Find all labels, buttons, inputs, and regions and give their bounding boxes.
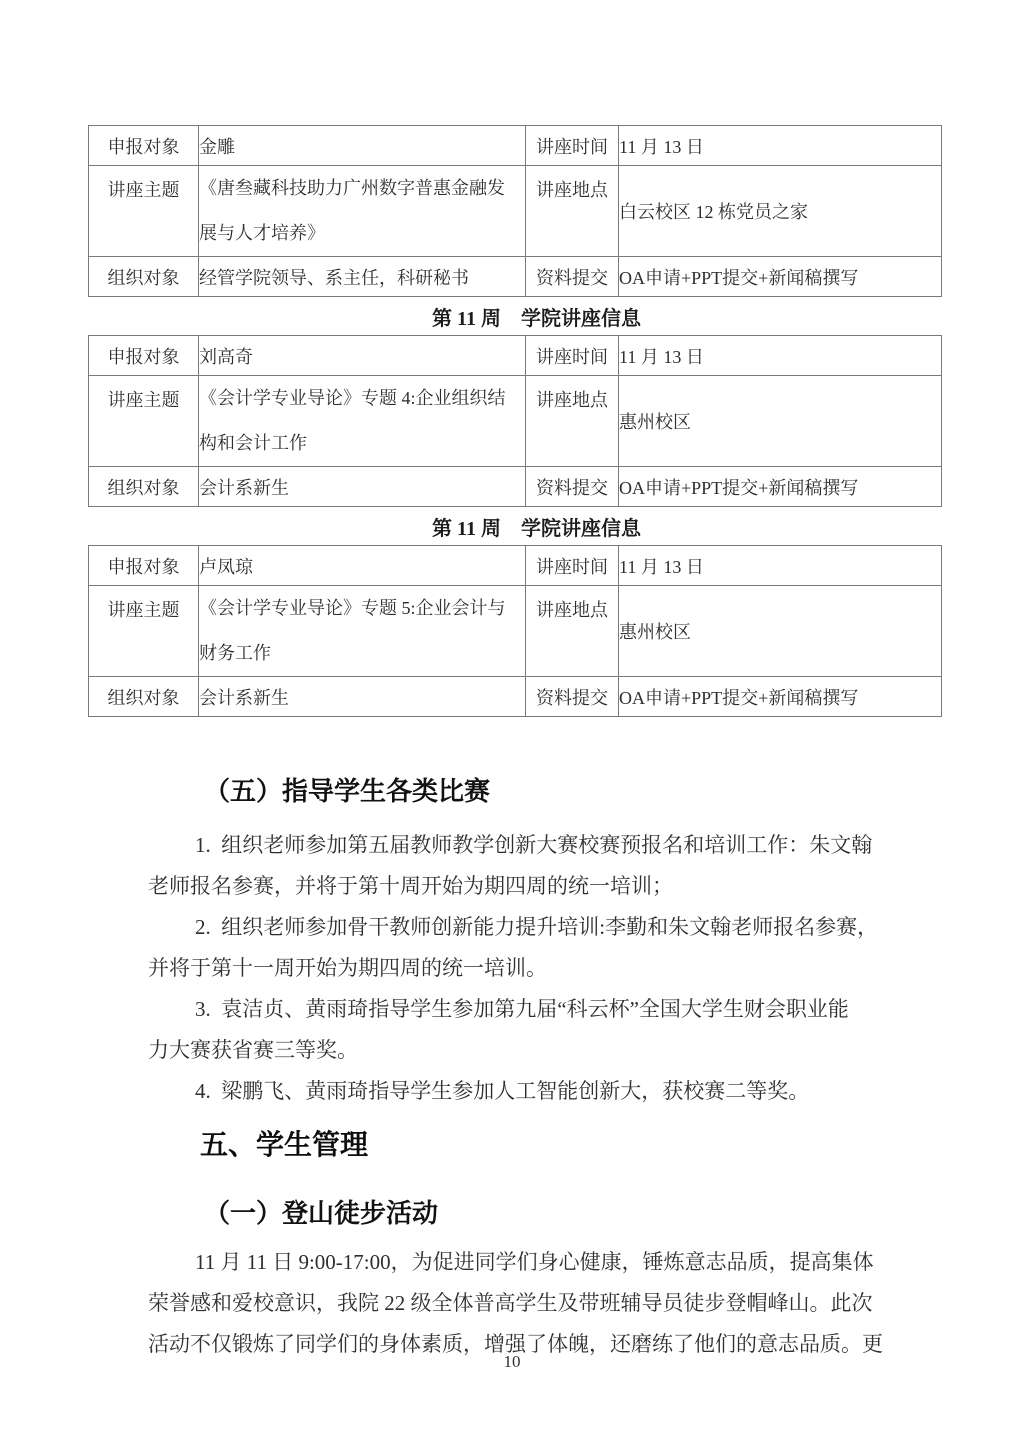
time-value: 11 月 13 日 [619, 546, 942, 586]
table-row: 讲座主题 《唐叁藏科技助力广州数字普惠金融发展与人才培养》 讲座地点 白云校区 … [89, 166, 942, 257]
text-line: 11 月 11 日 9:00-17:00，为促进同学们身心健康，锤炼意志品质，提… [148, 1242, 883, 1283]
topic-label: 讲座主题 [89, 376, 199, 467]
text-line: 老师报名参赛，并将于第十周开始为期四周的统一培训； [148, 866, 883, 907]
place-label: 讲座地点 [526, 376, 619, 467]
table-row: 申报对象 刘高奇 讲座时间 11 月 13 日 [89, 336, 942, 376]
applicant-label: 申报对象 [89, 126, 199, 166]
text-line: 《会计学专业导论》专题 4:企业组织结 [199, 376, 525, 421]
table-row: 组织对象 经管学院领导、系主任，科研秘书 资料提交 OA申请+PPT提交+新闻稿… [89, 257, 942, 297]
applicant-value: 金雕 [199, 126, 526, 166]
text-line: 4. 梁鹏飞、黄雨琦指导学生参加人工智能创新大，获校赛二等奖。 [148, 1071, 883, 1112]
text-line: 并将于第十一周开始为期四周的统一培训。 [148, 948, 883, 989]
topic-value: 《会计学专业导论》专题 5:企业会计与财务工作 [199, 586, 526, 677]
organizer-value: 经管学院领导、系主任，科研秘书 [199, 257, 526, 297]
table-caption: 第 11 周 学院讲座信息 [88, 515, 937, 543]
material-value: OA申请+PPT提交+新闻稿撰写 [619, 257, 942, 297]
applicant-value: 刘高奇 [199, 336, 526, 376]
topic-label: 讲座主题 [89, 586, 199, 677]
competition-item-4: 4. 梁鹏飞、黄雨琦指导学生参加人工智能创新大，获校赛二等奖。 [148, 1071, 883, 1112]
organizer-value: 会计系新生 [199, 467, 526, 507]
hiking-paragraph: 11 月 11 日 9:00-17:00，为促进同学们身心健康，锤炼意志品质，提… [148, 1242, 883, 1365]
time-label: 讲座时间 [526, 336, 619, 376]
place-value: 惠州校区 [619, 376, 942, 467]
document-content: 申报对象 金雕 讲座时间 11 月 13 日 讲座主题 《唐叁藏科技助力广州数字… [88, 125, 937, 1365]
text-line: 力大赛获省赛三等奖。 [148, 1030, 883, 1071]
place-label: 讲座地点 [526, 586, 619, 677]
time-value: 11 月 13 日 [619, 126, 942, 166]
organizer-label: 组织对象 [89, 257, 199, 297]
topic-label: 讲座主题 [89, 166, 199, 257]
document-page: 申报对象 金雕 讲座时间 11 月 13 日 讲座主题 《唐叁藏科技助力广州数字… [0, 0, 1024, 1448]
organizer-label: 组织对象 [89, 677, 199, 717]
time-label: 讲座时间 [526, 126, 619, 166]
organizer-label: 组织对象 [89, 467, 199, 507]
lecture-table-1: 申报对象 金雕 讲座时间 11 月 13 日 讲座主题 《唐叁藏科技助力广州数字… [88, 125, 942, 297]
table-row: 组织对象 会计系新生 资料提交 OA申请+PPT提交+新闻稿撰写 [89, 677, 942, 717]
time-label: 讲座时间 [526, 546, 619, 586]
place-value: 白云校区 12 栋党员之家 [619, 166, 942, 257]
applicant-label: 申报对象 [89, 546, 199, 586]
text-line: 荣誉感和爱校意识，我院 22 级全体普高学生及带班辅导员徒步登帽峰山。此次 [148, 1283, 883, 1324]
heading-student-management: 五、学生管理 [148, 1124, 883, 1166]
topic-value: 《会计学专业导论》专题 4:企业组织结构和会计工作 [199, 376, 526, 467]
heading-competitions: （五）指导学生各类比赛 [148, 773, 883, 809]
competition-item-1: 1. 组织老师参加第五届教师教学创新大赛校赛预报名和培训工作：朱文翰老师报名参赛… [148, 825, 883, 907]
text-line: 2. 组织老师参加骨干教师创新能力提升培训:李勤和朱文翰老师报名参赛， [148, 907, 883, 948]
table-row: 申报对象 卢凤琼 讲座时间 11 月 13 日 [89, 546, 942, 586]
table-caption: 第 11 周 学院讲座信息 [88, 305, 937, 333]
text-line: 1. 组织老师参加第五届教师教学创新大赛校赛预报名和培训工作：朱文翰 [148, 825, 883, 866]
text-line: 3. 袁洁贞、黄雨琦指导学生参加第九届“科云杯”全国大学生财会职业能 [148, 989, 883, 1030]
material-value: OA申请+PPT提交+新闻稿撰写 [619, 467, 942, 507]
material-label: 资料提交 [526, 677, 619, 717]
material-label: 资料提交 [526, 257, 619, 297]
competition-item-3: 3. 袁洁贞、黄雨琦指导学生参加第九届“科云杯”全国大学生财会职业能力大赛获省赛… [148, 989, 883, 1071]
text-line: 《会计学专业导论》专题 5:企业会计与 [199, 586, 525, 631]
table-row: 组织对象 会计系新生 资料提交 OA申请+PPT提交+新闻稿撰写 [89, 467, 942, 507]
competition-item-2: 2. 组织老师参加骨干教师创新能力提升培训:李勤和朱文翰老师报名参赛，并将于第十… [148, 907, 883, 989]
organizer-value: 会计系新生 [199, 677, 526, 717]
body-text: （五）指导学生各类比赛 1. 组织老师参加第五届教师教学创新大赛校赛预报名和培训… [148, 773, 883, 1365]
text-line: 展与人才培养》 [199, 211, 525, 256]
place-label: 讲座地点 [526, 166, 619, 257]
heading-hiking: （一）登山徒步活动 [148, 1194, 883, 1232]
text-line: 财务工作 [199, 631, 525, 676]
time-value: 11 月 13 日 [619, 336, 942, 376]
topic-value: 《唐叁藏科技助力广州数字普惠金融发展与人才培养》 [199, 166, 526, 257]
lecture-table-2: 申报对象 刘高奇 讲座时间 11 月 13 日 讲座主题 《会计学专业导论》专题… [88, 335, 942, 507]
applicant-value: 卢凤琼 [199, 546, 526, 586]
text-line: 《唐叁藏科技助力广州数字普惠金融发 [199, 166, 525, 211]
material-label: 资料提交 [526, 467, 619, 507]
page-number: 10 [0, 1352, 1024, 1372]
table-row: 申报对象 金雕 讲座时间 11 月 13 日 [89, 126, 942, 166]
material-value: OA申请+PPT提交+新闻稿撰写 [619, 677, 942, 717]
applicant-label: 申报对象 [89, 336, 199, 376]
place-value: 惠州校区 [619, 586, 942, 677]
table-row: 讲座主题 《会计学专业导论》专题 4:企业组织结构和会计工作 讲座地点 惠州校区 [89, 376, 942, 467]
lecture-table-3: 申报对象 卢凤琼 讲座时间 11 月 13 日 讲座主题 《会计学专业导论》专题… [88, 545, 942, 717]
table-row: 讲座主题 《会计学专业导论》专题 5:企业会计与财务工作 讲座地点 惠州校区 [89, 586, 942, 677]
text-line: 构和会计工作 [199, 421, 525, 466]
